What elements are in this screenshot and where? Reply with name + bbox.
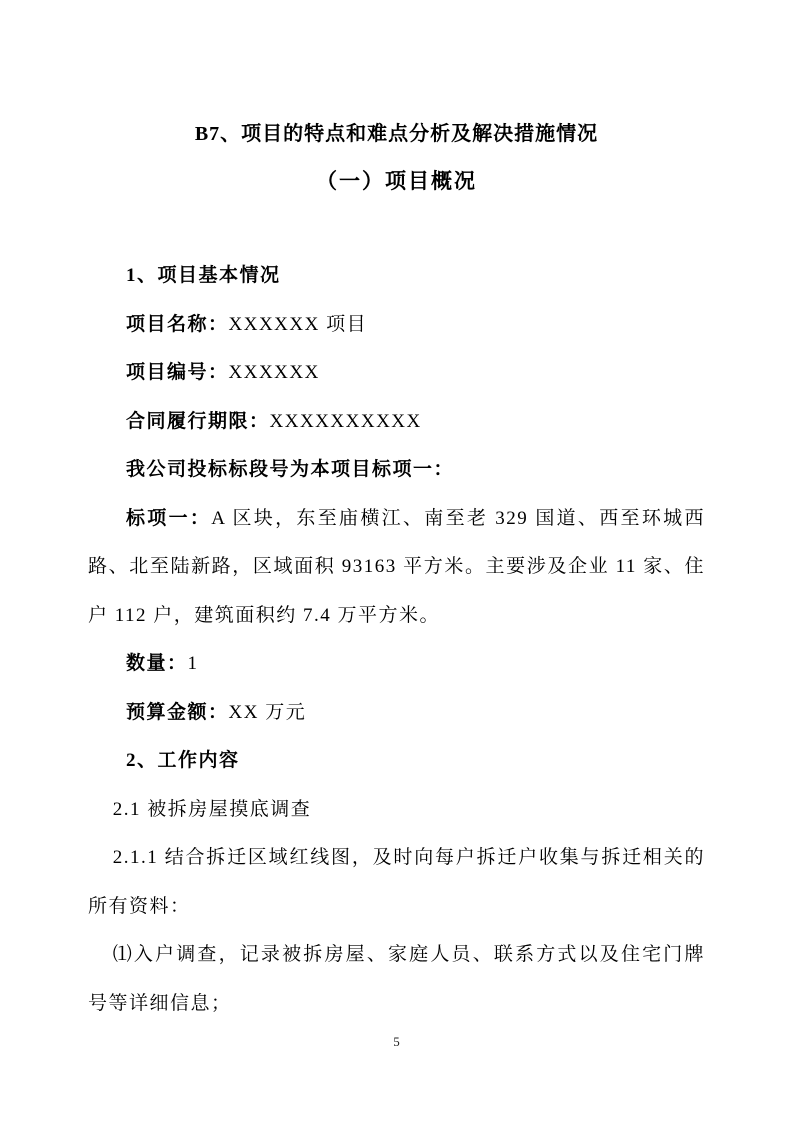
document-body: 1、项目基本情况 项目名称：XXXXXX 项目 项目编号：XXXXXX 合同履行… bbox=[88, 252, 705, 1028]
document-title: B7、项目的特点和难点分析及解决措施情况 bbox=[88, 120, 705, 148]
field-project-number: 项目编号：XXXXXX bbox=[88, 349, 705, 398]
para-bid-item-one-label: 标项一： bbox=[126, 508, 211, 529]
subheading-demolition-survey-text: 2.1 被拆房屋摸底调查 bbox=[113, 799, 312, 820]
field-project-name: 项目名称：XXXXXX 项目 bbox=[88, 301, 705, 350]
field-quantity-value: 1 bbox=[188, 653, 199, 674]
para-bid-item-one: 标项一：A 区块，东至庙横江、南至老 329 国道、西至环城西路、北至陆新路，区… bbox=[88, 495, 705, 641]
field-quantity: 数量：1 bbox=[88, 640, 705, 689]
field-budget-amount-value: XX 万元 bbox=[229, 702, 307, 723]
section-heading-overview: （一）项目概况 bbox=[88, 166, 705, 196]
para-household-survey-text: ⑴入户调查，记录被拆房屋、家庭人员、联系方式以及住宅门牌号等详细信息； bbox=[88, 944, 705, 1014]
field-project-name-label: 项目名称： bbox=[126, 314, 229, 335]
page-footer: 5 bbox=[0, 1034, 793, 1050]
heading-work-content: 2、工作内容 bbox=[88, 737, 705, 786]
field-budget-amount-label: 预算金额： bbox=[126, 702, 229, 723]
field-project-name-value: XXXXXX 项目 bbox=[229, 314, 368, 335]
heading-basic-info: 1、项目基本情况 bbox=[88, 252, 705, 301]
statement-bid-section: 我公司投标标段号为本项目标项一： bbox=[88, 446, 705, 495]
subheading-demolition-survey: 2.1 被拆房屋摸底调查 bbox=[88, 786, 705, 835]
field-contract-period: 合同履行期限：XXXXXXXXXX bbox=[88, 398, 705, 447]
field-contract-period-label: 合同履行期限： bbox=[126, 411, 270, 432]
field-budget-amount: 预算金额：XX 万元 bbox=[88, 689, 705, 738]
para-household-survey: ⑴入户调查，记录被拆房屋、家庭人员、联系方式以及住宅门牌号等详细信息； bbox=[88, 931, 705, 1028]
para-survey-requirements-text: 2.1.1 结合拆迁区域红线图，及时向每户拆迁户收集与拆迁相关的所有资料： bbox=[88, 847, 705, 917]
document-page: B7、项目的特点和难点分析及解决措施情况 （一）项目概况 1、项目基本情况 项目… bbox=[0, 0, 793, 1122]
field-project-number-label: 项目编号： bbox=[126, 362, 229, 383]
heading-basic-info-text: 1、项目基本情况 bbox=[126, 265, 281, 286]
statement-bid-section-text: 我公司投标标段号为本项目标项一： bbox=[126, 459, 454, 480]
field-project-number-value: XXXXXX bbox=[229, 362, 320, 383]
page-number: 5 bbox=[393, 1034, 400, 1049]
heading-work-content-text: 2、工作内容 bbox=[126, 750, 240, 771]
para-survey-requirements: 2.1.1 结合拆迁区域红线图，及时向每户拆迁户收集与拆迁相关的所有资料： bbox=[88, 834, 705, 931]
field-quantity-label: 数量： bbox=[126, 653, 188, 674]
field-contract-period-value: XXXXXXXXXX bbox=[270, 411, 422, 432]
